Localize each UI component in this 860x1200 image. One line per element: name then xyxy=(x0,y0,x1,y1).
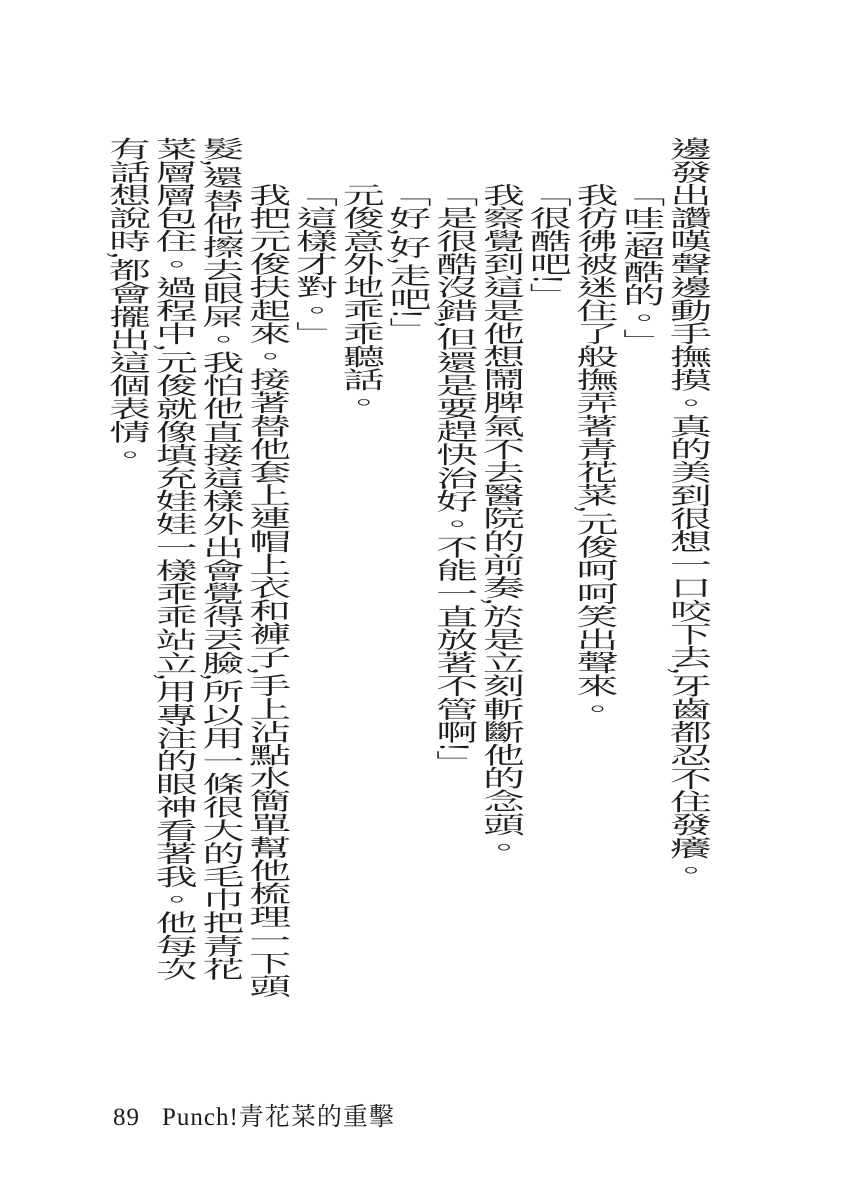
page-number: 89 xyxy=(113,1104,140,1131)
text-column: 我彷彿被迷住了般撫弄著青花菜,元俊呵呵笑出聲來。 xyxy=(570,183,617,720)
text-column: 元俊意外地乖乖聽話。 xyxy=(336,183,383,414)
text-column: 「好,好,走吧!」 xyxy=(383,183,430,341)
running-title: Punch!青花菜的重擊 xyxy=(162,1104,395,1131)
text-column: 「哇!超酷的。」 xyxy=(617,183,664,352)
text-column: 邊發出讚嘆聲邊動手撫摸。真的美到很想一口咬下去,牙齒都忍不住發癢。 xyxy=(663,137,710,882)
text-column: 我把元俊扶起來。接著替他套上連帽上衣和褲子,手上沾點水簡單幫他梳理一下頭 xyxy=(243,183,290,997)
page-footer: 89Punch!青花菜的重擊 xyxy=(113,1097,395,1133)
text-column: 「這樣才對。」 xyxy=(289,183,336,345)
book-page: 邊發出讚嘆聲邊動手撫摸。真的美到很想一口咬下去,牙齒都忍不住發癢。「哇!超酷的。… xyxy=(0,0,860,1200)
text-column: 「是很酷沒錯,但還是要趕快治好。不能一直放著不管啊!」 xyxy=(430,183,477,774)
text-column: 菜層層包住。過程中,元俊就像填充娃娃一樣乖乖站立,用專注的眼神看著我。他每次 xyxy=(149,137,196,980)
text-column: 髮,還替他擦去眼屎。我怕他直接這樣外出會覺得丟臉,所以用一條很大的毛巾把青花 xyxy=(196,137,243,980)
text-column: 我察覺到這是他想鬧脾氣不去醫院的前奏,於是立刻斬斷他的念頭。 xyxy=(476,183,523,859)
text-column: 「很酷吧!」 xyxy=(523,183,570,306)
text-column: 有話想說時,都會擺出這個表情。 xyxy=(102,137,149,466)
